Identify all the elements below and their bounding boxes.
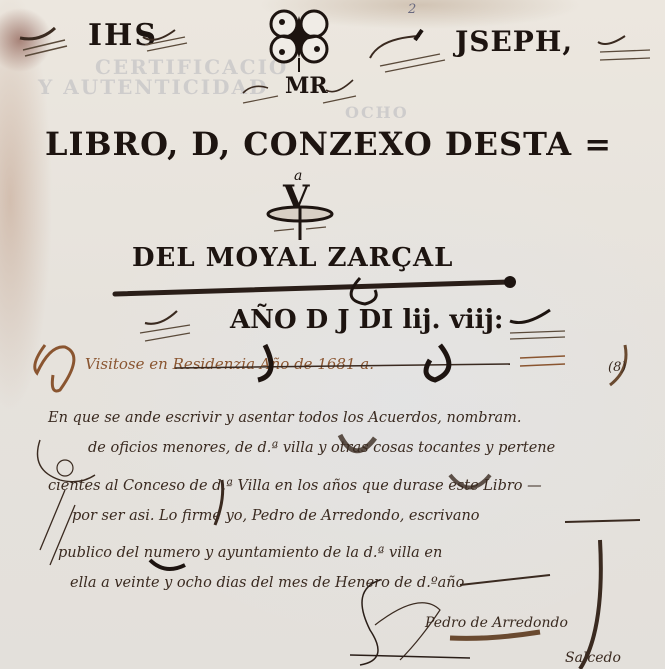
- bleed-through-text: Y AUTENTICIDAD: [38, 75, 268, 99]
- title-line-1: LIBRO, D, CONZEXO DESTA =: [45, 125, 612, 163]
- flourish-icon: [360, 28, 450, 73]
- villa-bar-icon: [260, 205, 340, 245]
- flourish-icon: [595, 32, 655, 67]
- manuscript-page: CERTIFICACIO Y AUTENTICIDAD OCHO 2 IHS J…: [0, 0, 665, 669]
- signature-name: Pedro de Arredondo: [425, 615, 568, 631]
- flourish-icon: [15, 20, 75, 60]
- title-line-2: DEL MOYAL ZARÇAL: [132, 243, 453, 273]
- flourish-icon: [135, 305, 195, 345]
- cross-rosette-icon: [262, 4, 337, 76]
- margin-number: (8): [608, 360, 626, 375]
- flourish-icon: [238, 78, 358, 108]
- flourish-icon: [505, 305, 575, 345]
- signature-trailing: Salcedo: [565, 650, 621, 666]
- flourish-icon: [140, 25, 190, 55]
- page-number: 2: [408, 2, 416, 17]
- joseph-name: JSEPH,: [455, 25, 573, 58]
- title-line-3: AÑO D J DI lij. viij:: [230, 305, 503, 335]
- title-underline: [110, 270, 520, 310]
